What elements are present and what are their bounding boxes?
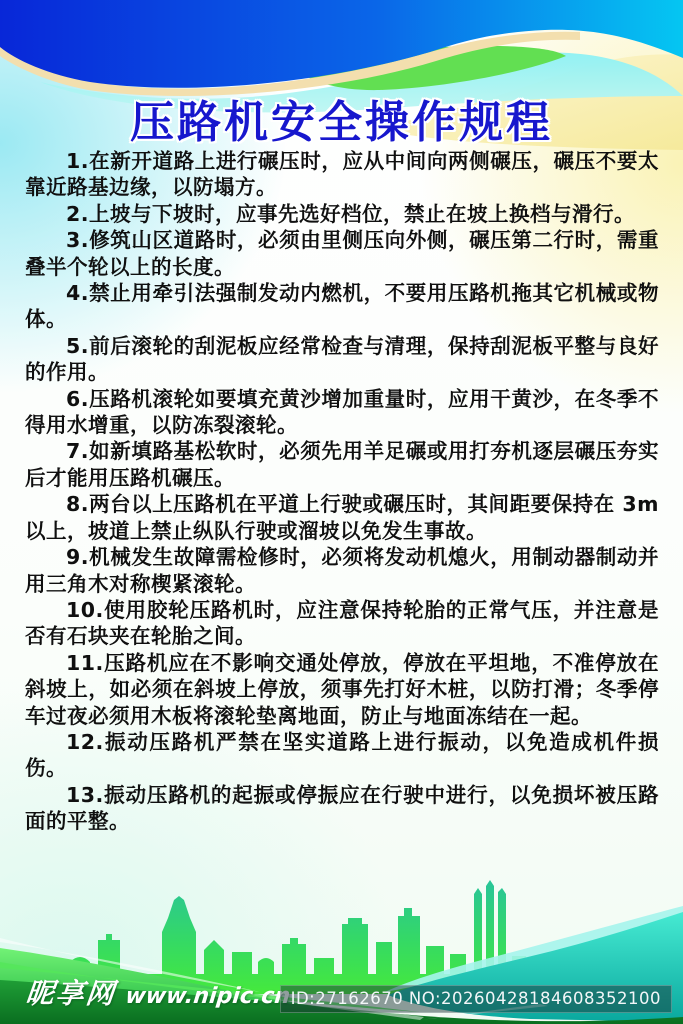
rule-item-8: 8.两台以上压路机在平道上行驶或碾压时，其间距要保持在 3m 以上，坡道上禁止纵… [25,491,659,544]
rule-item-1: 1.在新开道路上进行碾压时，应从中间向两侧碾压，碾压不要太靠近路基边缘，以防塌方… [25,148,659,201]
rule-item-7: 7.如新填路基松软时，必须先用羊足碾或用打夯机逐层碾压夯实后才能用压路机碾压。 [25,438,659,491]
poster-page: 压路机安全操作规程 1.在新开道路上进行碾压时，应从中间向两侧碾压，碾压不要太靠… [0,0,683,1024]
rule-item-6: 6.压路机滚轮如要填充黄沙增加重量时，应用干黄沙，在冬季不得用水增重，以防冻裂滚… [25,386,659,439]
rule-item-11: 11.压路机应在不影响交通处停放，停放在平坦地，不准停放在斜坡上，如必须在斜坡上… [25,650,659,729]
rule-item-9: 9.机械发生故障需检修时，必须将发动机熄火，用制动器制动并用三角木对称楔紧滚轮。 [25,544,659,597]
watermark-logo: 昵享网 www.nipic.cn [24,972,293,1012]
image-id-badge: ID:27162670 NO:20260428184608352100 [280,985,672,1013]
watermark-site-url: www.nipic.cn [124,984,291,1009]
rule-item-12: 12.振动压路机严禁在坚实道路上进行振动，以免造成机件损伤。 [25,729,659,782]
rules-list: 1.在新开道路上进行碾压时，应从中间向两侧碾压，碾压不要太靠近路基边缘，以防塌方… [25,148,659,835]
poster-title: 压路机安全操作规程 [0,86,683,150]
watermark-site-name: 昵享网 [24,972,118,1012]
rule-item-10: 10.使用胶轮压路机时，应注意保持轮胎的正常气压，并注意是否有石块夹在轮胎之间。 [25,597,659,650]
rule-item-3: 3.修筑山区道路时，必须由里侧压向外侧，碾压第二行时，需重叠半个轮以上的长度。 [25,227,659,280]
rule-item-4: 4.禁止用牵引法强制发动内燃机，不要用压路机拖其它机械或物体。 [25,280,659,333]
rule-item-2: 2.上坡与下坡时，应事先选好档位，禁止在坡上换档与滑行。 [25,201,659,227]
rule-item-5: 5.前后滚轮的刮泥板应经常检查与清理，保持刮泥板平整与良好的作用。 [25,333,659,386]
rule-item-13: 13.振动压路机的起振或停振应在行驶中进行，以免损坏被压路面的平整。 [25,782,659,835]
